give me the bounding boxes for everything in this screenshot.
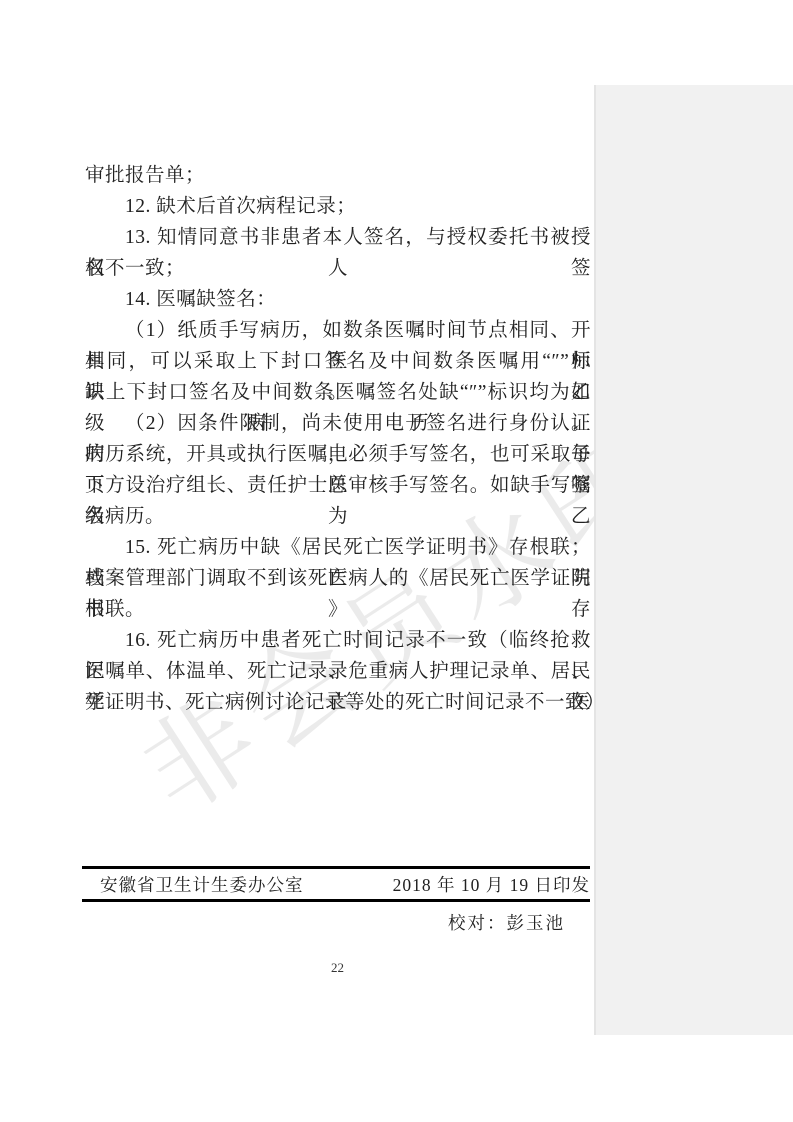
text-line: （2）因条件限制，尚未使用电子签名进行身份认证的电子 bbox=[85, 408, 591, 439]
text-line: 医嘱单、体温单、死亡记录、危重病人护理记录单、居民死亡医 bbox=[85, 656, 591, 687]
side-panel bbox=[594, 85, 793, 1035]
footer-rule-top bbox=[82, 866, 590, 869]
text-line: 12. 缺术后首次病程记录； bbox=[85, 191, 591, 222]
footer-issue-date: 2018 年 10 月 19 日印发 bbox=[393, 872, 590, 897]
document-lines: 审批报告单；12. 缺术后首次病程记录；13. 知情同意书非患者本人签名，与授权… bbox=[85, 160, 591, 718]
text-line: 病历系统，开具或执行医嘱，必须手写签名，也可采取每页医嘱 bbox=[85, 439, 591, 470]
text-line: 学证明书、死亡病例讨论记录等处的死亡时间记录不一致） bbox=[85, 687, 591, 718]
text-line: 14. 医嘱缺签名： bbox=[85, 284, 591, 315]
text-line: （1）纸质手写病历，如数条医嘱时间节点相同、开具医师 bbox=[85, 315, 591, 346]
text-line: 审批报告单； bbox=[85, 160, 591, 191]
text-line: 15. 死亡病历中缺《居民死亡医学证明书》存根联；或医院 bbox=[85, 532, 591, 563]
text-line: 13. 知情同意书非患者本人签名，与授权委托书被授权人签 bbox=[85, 222, 591, 253]
text-line: 档案管理部门调取不到该死亡病人的《居民死亡医学证明书》存 bbox=[85, 563, 591, 594]
text-line: 缺上下封口签名及中间数条医嘱签名处缺“″”标识均为乙级病历。 bbox=[85, 377, 591, 408]
footer-rule-bottom bbox=[82, 899, 590, 902]
text-line: 16. 死亡病历中患者死亡时间记录不一致（临终抢救记录、 bbox=[85, 625, 591, 656]
footer-issuer: 安徽省卫生计生委办公室 bbox=[100, 872, 304, 897]
document-page: 非会员水印 审批报告单；12. 缺术后首次病程记录；13. 知情同意书非患者本人… bbox=[0, 0, 793, 1122]
text-line: 下方设治疗组长、责任护士总审核手写签名。如缺手写签名为乙 bbox=[85, 470, 591, 501]
proofreader-line: 校对：彭玉池 bbox=[85, 910, 565, 935]
footer-row: 安徽省卫生计生委办公室 2018 年 10 月 19 日印发 bbox=[85, 872, 590, 897]
text-line: 相同，可以采取上下封口签名及中间数条医嘱用“″”标识。如 bbox=[85, 346, 591, 377]
page-number: 22 bbox=[85, 960, 590, 976]
